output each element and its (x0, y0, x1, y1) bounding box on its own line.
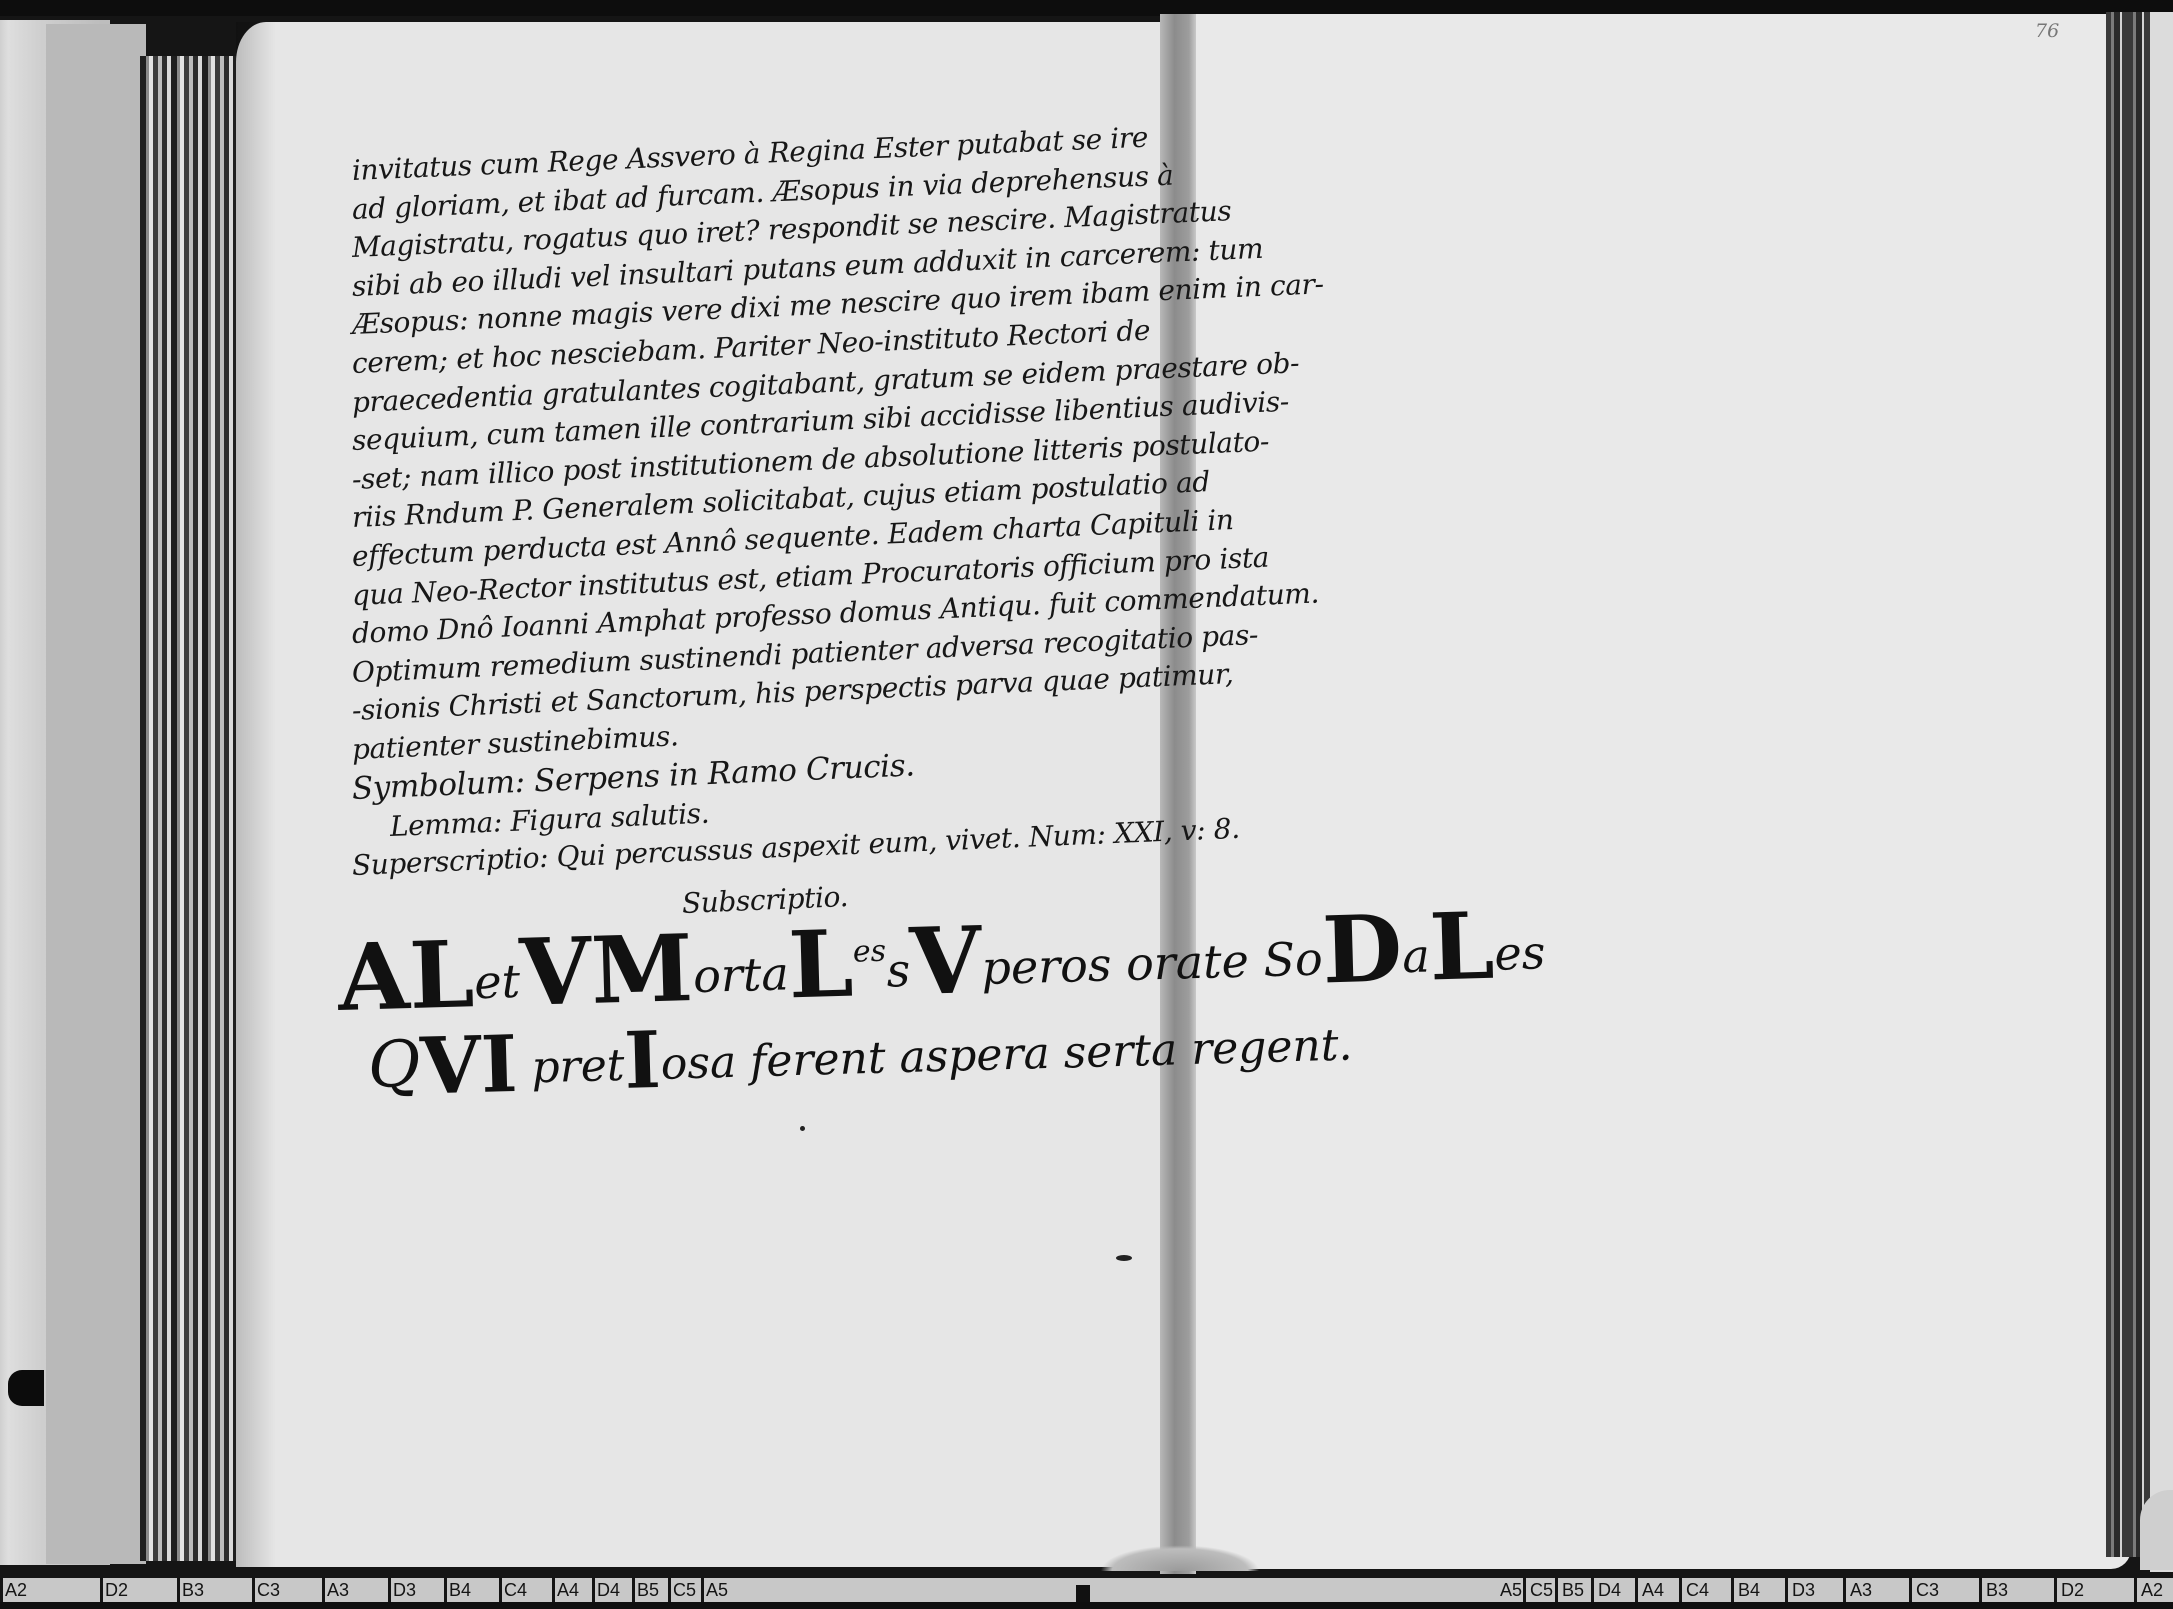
chrono-text: a (1402, 929, 1431, 984)
ruler-label: D2 (100, 1578, 177, 1602)
ink-blot (1116, 1255, 1132, 1261)
ruler-label: B3 (177, 1578, 252, 1602)
chrono-sup: es (852, 934, 886, 970)
chrono-text: et (474, 954, 521, 1009)
ruler-label: C3 (252, 1578, 322, 1602)
symbolum-label: Symbolum: (351, 763, 525, 806)
ruler-label: C3 (1912, 1578, 1982, 1602)
chrono-cap: D (1321, 894, 1404, 1004)
chronogram: ALetVMortaLessVperos orate SoDaLes QVI p… (338, 925, 1198, 1111)
ruler-label: A3 (1846, 1578, 1912, 1602)
page-edges-left (140, 56, 240, 1561)
ruler-label: C5 (668, 1578, 701, 1602)
ruler-label: A4 (1638, 1578, 1682, 1602)
chrono-text: s (886, 943, 911, 998)
page-edges-right (2106, 12, 2150, 1557)
clip-mark (8, 1370, 44, 1406)
lemma-text: Figura salutis. (510, 797, 710, 838)
ruler-label: A5 (701, 1578, 741, 1602)
ruler-label: D4 (592, 1578, 632, 1602)
chronogram-line-2: QVI pretIosa ferent aspera serta regent. (367, 1005, 1199, 1111)
book-cover-right (2150, 12, 2173, 1572)
microfilm-scan: 76 invitatus cum Rege Assvero à Regina E… (0, 0, 2173, 1609)
ruler-label: D3 (1788, 1578, 1846, 1602)
ink-dot (800, 1126, 805, 1131)
superscriptio-label: Superscriptio: (351, 840, 549, 881)
book-board-left (46, 24, 146, 1564)
ruler-label: A4 (552, 1578, 592, 1602)
ruler-label: B5 (1558, 1578, 1594, 1602)
chrono-cap: VI (419, 1019, 519, 1113)
right-page-corner (2140, 1490, 2173, 1570)
ruler-label: D3 (388, 1578, 444, 1602)
ruler-label: A3 (322, 1578, 388, 1602)
ruler-label: B4 (444, 1578, 499, 1602)
chrono-text: orta (692, 946, 789, 1003)
ruler-label: B5 (632, 1578, 668, 1602)
chrono-cap: A (337, 922, 411, 1032)
ruler-label: A2 (0, 1578, 100, 1602)
chrono-cap: L (408, 920, 476, 1030)
ruler-label: A5 (1496, 1578, 1526, 1602)
chrono-cap: M (590, 914, 695, 1025)
chrono-cap: L (1428, 892, 1496, 1002)
ruler-label: A2 (2137, 1578, 2173, 1602)
ruler-label: D4 (1594, 1578, 1638, 1602)
lemma-label: Lemma: (389, 805, 502, 843)
chrono-cap: L (787, 910, 855, 1020)
chrono-cap: V (908, 906, 982, 1016)
ruler-left-labels: A2 D2 B3 C3 A3 D3 B4 C4 A4 D4 B5 C5 A5 (0, 1578, 741, 1602)
ruler-label: B3 (1982, 1578, 2057, 1602)
ruler-right-labels: A5 C5 B5 D4 A4 C4 B4 D3 A3 C3 B3 D2 A2 (1496, 1578, 2173, 1602)
chrono-cap: V (518, 917, 592, 1027)
right-page (1196, 14, 2131, 1569)
chrono-text: pret (517, 1040, 625, 1094)
gutter-shadow (1100, 1545, 1260, 1571)
chrono-text: es (1494, 925, 1546, 980)
bottom-dark-band (0, 1602, 2173, 1609)
manuscript-text: invitatus cum Rege Assvero à Regina Este… (352, 152, 1182, 924)
chrono-cap: I (623, 1015, 662, 1107)
chrono-text: Q (367, 1028, 422, 1103)
ruler-label: C5 (1526, 1578, 1558, 1602)
ruler-label: C4 (499, 1578, 552, 1602)
ruler-label: C4 (1682, 1578, 1734, 1602)
ruler-label: B4 (1734, 1578, 1788, 1602)
folio-number: 76 (2035, 20, 2059, 42)
ruler-label: D2 (2057, 1578, 2137, 1602)
chrono-text: peros orate So (981, 932, 1324, 996)
